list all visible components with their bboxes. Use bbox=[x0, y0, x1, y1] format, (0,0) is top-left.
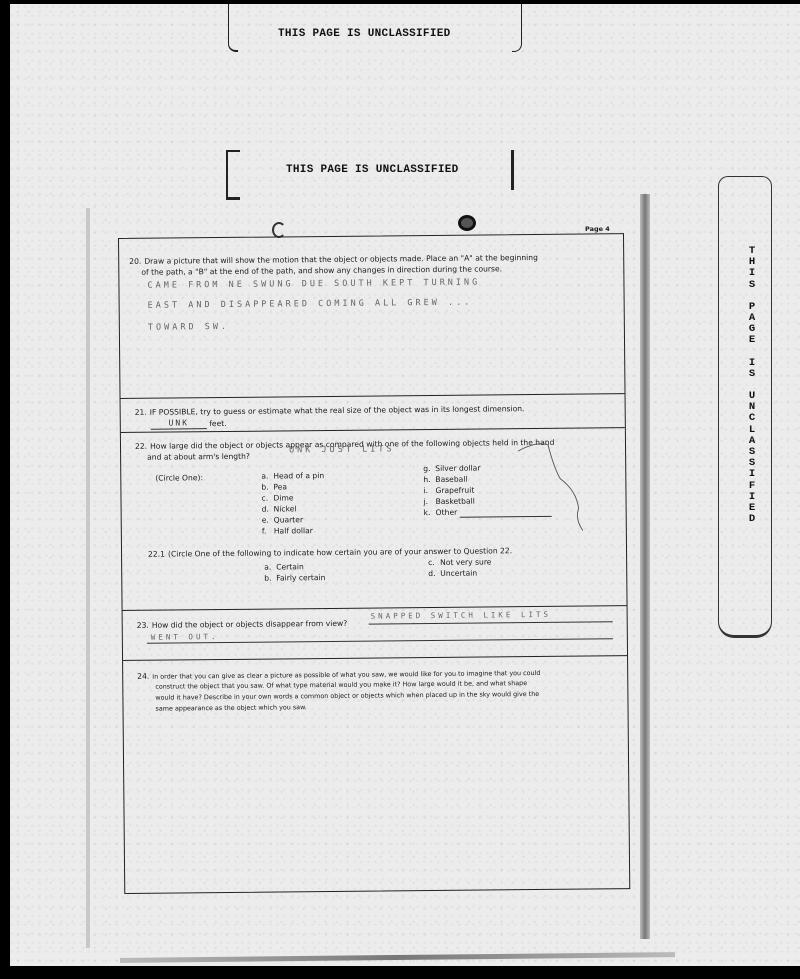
size-option[interactable]: d.Nickel bbox=[262, 503, 297, 514]
question-20-line2: of the path, a "B" at the end of the pat… bbox=[141, 263, 502, 277]
classification-banner-side: THISPAGEISUNCLASSIFIED bbox=[745, 246, 759, 525]
question-21: 21.IF POSSIBLE, try to guess or estimate… bbox=[121, 394, 625, 433]
handwritten-answer-22: UNK JUST LITS bbox=[289, 444, 395, 455]
size-option[interactable]: c.Dime bbox=[261, 492, 293, 503]
question-23-text: 23.How did the object or objects disappe… bbox=[137, 618, 348, 631]
side-letter: I bbox=[745, 268, 759, 279]
question-21-answer: UNK feet. bbox=[151, 417, 227, 430]
side-letter: S bbox=[745, 369, 759, 380]
size-option[interactable]: e.Quarter bbox=[262, 514, 303, 525]
handwritten-answer-20: TOWARD SW. bbox=[148, 322, 229, 333]
size-option[interactable]: b.Pea bbox=[261, 481, 287, 492]
size-option[interactable]: j.Basketball bbox=[423, 496, 474, 507]
size-answer-field[interactable]: UNK bbox=[151, 417, 207, 430]
side-letter: D bbox=[745, 514, 759, 525]
side-letter: S bbox=[745, 280, 759, 291]
disappearance-answer-field-2[interactable]: WENT OUT. bbox=[151, 632, 219, 642]
size-option[interactable]: i.Grapefruit bbox=[423, 485, 474, 496]
banner-bracket-right bbox=[512, 4, 522, 52]
hand-drawn-curve bbox=[516, 438, 597, 539]
side-letter bbox=[745, 347, 759, 358]
disappearance-answer-field[interactable]: SNAPPED SWITCH LIKE LITS bbox=[371, 610, 551, 621]
handwritten-answer-20: CAME FROM NE SWUNG DUE SOUTH KEPT TURNIN… bbox=[147, 278, 480, 291]
question-22-line2: and at about arm's length? bbox=[147, 451, 250, 463]
side-letter: C bbox=[745, 413, 759, 424]
circle-one-instruction: (Circle One): bbox=[155, 472, 203, 483]
handwritten-answer-20: EAST AND DISAPPEARED COMING ALL GREW ... bbox=[148, 298, 473, 311]
questionnaire-form: 20.Draw a picture that will show the mot… bbox=[118, 233, 630, 894]
banner-bracket-right bbox=[508, 150, 514, 190]
question-22: 22.How large did the object or objects a… bbox=[121, 428, 627, 611]
description-answer-area[interactable] bbox=[134, 716, 620, 885]
page-number: Page 4 bbox=[585, 225, 610, 233]
question-24-line4: same appearance as the object which you … bbox=[155, 702, 306, 714]
certainty-option[interactable]: b.Fairly certain bbox=[264, 572, 325, 584]
size-option[interactable]: a.Head of a pin bbox=[261, 470, 324, 482]
size-option[interactable]: f.Half dollar bbox=[262, 525, 313, 536]
classification-banner-mid: THIS PAGE IS UNCLASSIFIED bbox=[286, 164, 459, 176]
classification-banner-top: THIS PAGE IS UNCLASSIFIED bbox=[278, 28, 451, 40]
side-letter: I bbox=[745, 469, 759, 480]
side-letter: E bbox=[745, 335, 759, 346]
banner-bracket-left bbox=[228, 4, 238, 52]
question-20: 20.Draw a picture that will show the mot… bbox=[119, 234, 625, 399]
certainty-option[interactable]: c.Not very sure bbox=[428, 556, 491, 568]
answer-line bbox=[369, 621, 613, 624]
question-23: 23.How did the object or objects disappe… bbox=[123, 606, 627, 661]
punch-hole-icon bbox=[458, 215, 476, 231]
size-option[interactable]: g.Silver dollar bbox=[423, 463, 480, 475]
question-21-text: 21.IF POSSIBLE, try to guess or estimate… bbox=[135, 403, 525, 418]
scan-streak-right bbox=[640, 194, 650, 939]
certainty-option[interactable]: a.Certain bbox=[264, 561, 304, 572]
size-option[interactable]: h.Baseball bbox=[423, 474, 467, 485]
certainty-option[interactable]: d.Uncertain bbox=[428, 568, 477, 579]
scan-streak-left bbox=[86, 208, 90, 948]
question-24: 24.In order that you can give as clear a… bbox=[123, 656, 629, 895]
question-24-line3: would it have? Describe in your own word… bbox=[155, 689, 539, 704]
banner-bracket-left bbox=[226, 150, 240, 200]
